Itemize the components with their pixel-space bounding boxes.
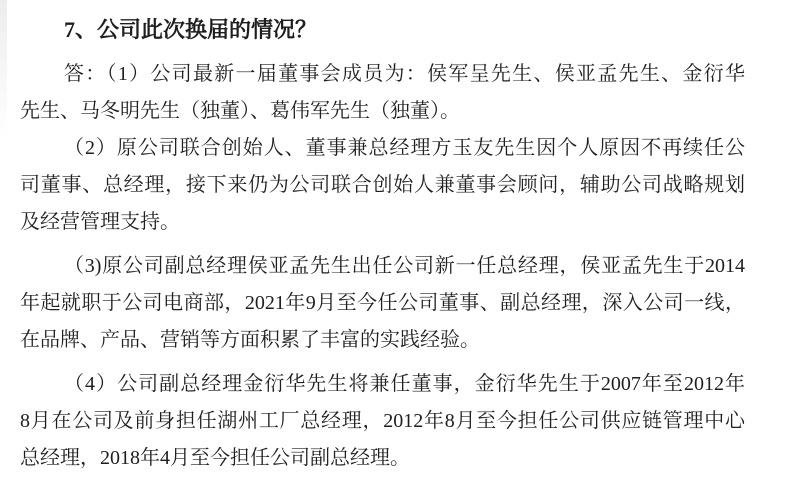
answer-line: 总经理，2018年4月至今担任公司副总经理。 — [20, 440, 745, 477]
answer-line: （2）原公司联合创始人、董事兼总经理方玉友先生因个人原因不再续任公 — [20, 130, 745, 167]
answer-paragraph-2: （2）原公司联合创始人、董事兼总经理方玉友先生因个人原因不再续任公 司董事、总经… — [20, 130, 745, 241]
answer-line: （3)原公司副总经理侯亚孟先生出任公司新一任总经理，侯亚孟先生于2014 — [20, 248, 745, 285]
answer-line: 及经营管理支持。 — [20, 204, 745, 241]
answer-paragraph-3: （3)原公司副总经理侯亚孟先生出任公司新一任总经理，侯亚孟先生于2014 年起就… — [20, 248, 745, 359]
answer-line: 答：（1）公司最新一届董事会成员为：侯军呈先生、侯亚孟先生、金衍华 — [20, 56, 745, 93]
answer-line: 司董事、总经理，接下来仍为公司联合创始人兼董事会顾问，辅助公司战略规划 — [20, 167, 745, 204]
answer-line: 8月在公司及前身担任湖州工厂总经理，2012年8月至今担任公司供应链管理中心 — [20, 403, 745, 440]
answer-line: 先生、马冬明先生（独董）、葛伟军先生（独董）。 — [20, 93, 745, 130]
answer-paragraph-1: 答：（1）公司最新一届董事会成员为：侯军呈先生、侯亚孟先生、金衍华 先生、马冬明… — [20, 56, 745, 130]
answer-line: 年起就职于公司电商部，2021年9月至今任公司董事、副总经理，深入公司一线， — [20, 285, 745, 322]
answer-line: （4）公司副总经理金衍华先生将兼任董事，金衍华先生于2007年至2012年 — [20, 366, 745, 403]
answer-line: 在品牌、产品、营销等方面积累了丰富的实践经验。 — [20, 322, 745, 359]
question-heading: 7、公司此次换届的情况？ — [20, 12, 745, 48]
document-page: 7、公司此次换届的情况？ 答：（1）公司最新一届董事会成员为：侯军呈先生、侯亚孟… — [0, 0, 800, 501]
page-edge-shadow — [0, 0, 7, 140]
answer-paragraph-4: （4）公司副总经理金衍华先生将兼任董事，金衍华先生于2007年至2012年 8月… — [20, 366, 745, 477]
